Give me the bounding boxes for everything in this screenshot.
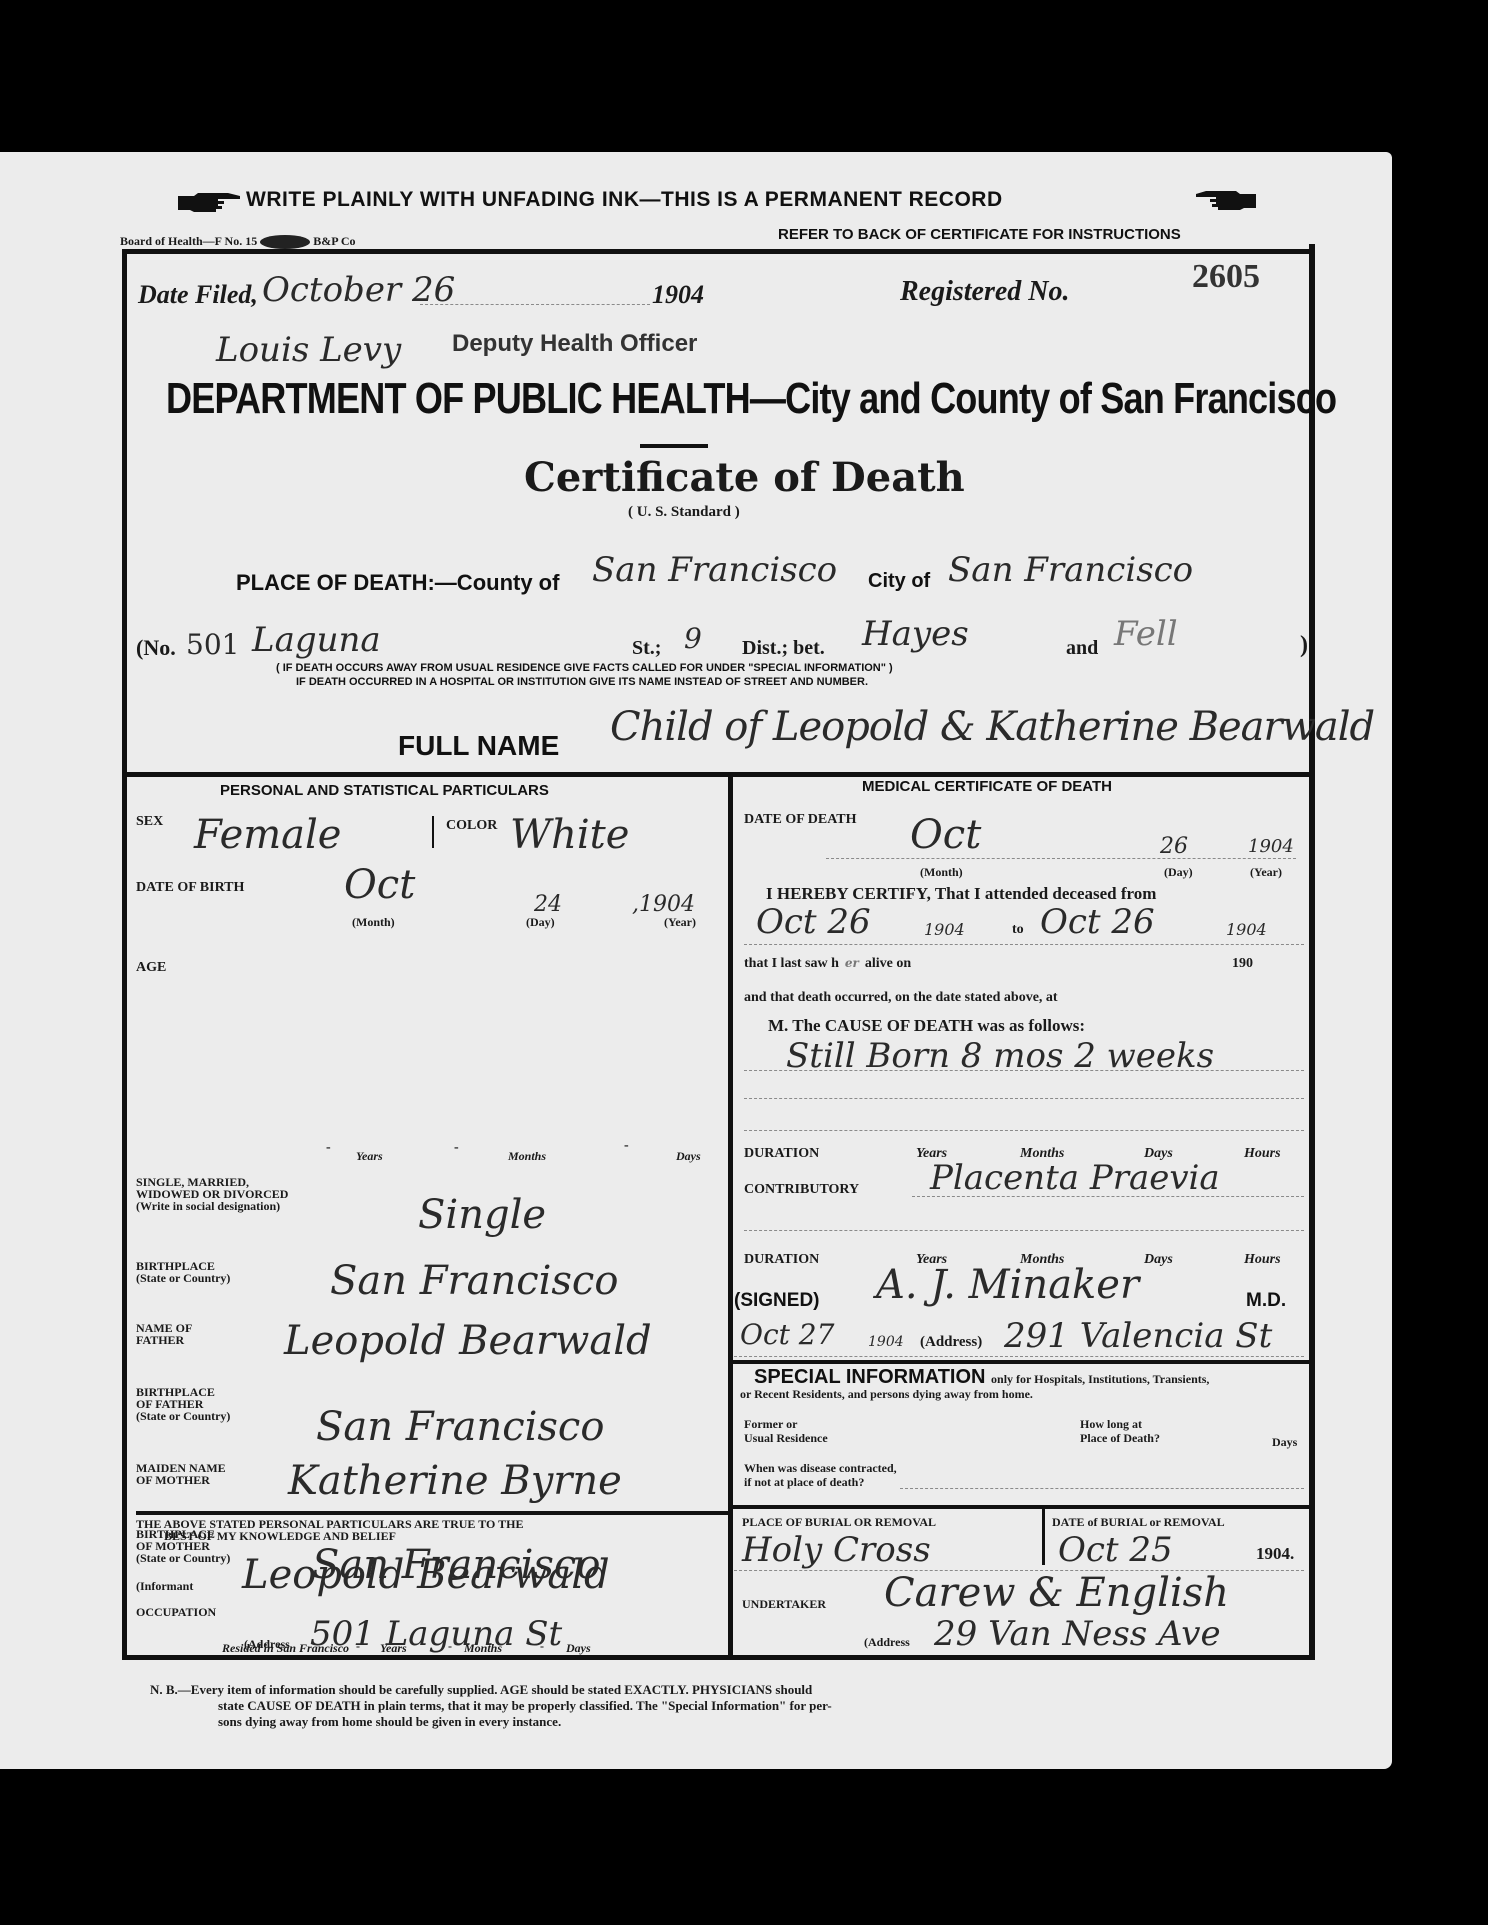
- marital-value: Single: [418, 1192, 546, 1238]
- date-filed-year: 1904: [652, 280, 704, 310]
- footnote-line-1: N. B.—Every item of information should b…: [150, 1682, 812, 1698]
- burial-divider: [733, 1505, 1311, 1509]
- burial-column-divider: [1042, 1505, 1045, 1565]
- section-rule: [122, 772, 1314, 777]
- full-name-value: Child of Leopold & Katherine Bearwald: [610, 704, 1374, 750]
- duration-label-1: DURATION: [744, 1146, 819, 1162]
- department-heading: DEPARTMENT OF PUBLIC HEALTH—City and Cou…: [166, 374, 1336, 424]
- attended-to-label: to: [1012, 922, 1024, 938]
- street-name-value: Laguna: [252, 620, 381, 660]
- between-street-1: Hayes: [862, 614, 969, 654]
- place-of-death-label: PLACE OF DEATH:—County of: [236, 570, 559, 596]
- district-value: 9: [684, 622, 702, 655]
- color-label: COLOR: [446, 818, 497, 834]
- dob-label: DATE OF BIRTH: [136, 880, 244, 896]
- burial-date-year: 1904.: [1256, 1544, 1294, 1564]
- signed-year: 1904: [868, 1334, 904, 1350]
- occupation-label: OCCUPATION: [136, 1606, 216, 1618]
- undertaker-label: UNDERTAKER: [742, 1598, 826, 1610]
- cause-of-death-label: M. The CAUSE OF DEATH was as follows:: [768, 1016, 1085, 1036]
- close-paren: ): [1300, 632, 1308, 659]
- certificate-title: Certificate of Death: [524, 454, 965, 501]
- age-days-value: -: [624, 1138, 629, 1154]
- sex-value: Female: [194, 812, 341, 858]
- informant-address-value: 501 Laguna St: [310, 1614, 562, 1654]
- resided-days-label: Days: [566, 1642, 591, 1654]
- frame-top: [122, 249, 1314, 254]
- burial-place-value: Holy Cross: [742, 1530, 931, 1570]
- date-filed-label: Date Filed,: [138, 280, 258, 310]
- street-number-label: (No.: [136, 635, 176, 661]
- age-months-value: -: [454, 1140, 459, 1156]
- burial-date-label: DATE of BURIAL or REMOVAL: [1052, 1516, 1225, 1528]
- how-long-label-2: Place of Death?: [1080, 1432, 1160, 1444]
- attended-from-value: Oct 26: [756, 902, 871, 942]
- attended-to-year: 1904: [1226, 920, 1267, 939]
- dob-year-caption: (Year): [664, 916, 696, 928]
- residence-note-1: ( IF DEATH OCCURS AWAY FROM USUAL RESIDE…: [276, 662, 893, 674]
- and-label: and: [1066, 637, 1098, 660]
- informant-statement-2: BEST OF MY KNOWLEDGE AND BELIEF: [164, 1530, 396, 1542]
- mother-birthplace-label-3: (State or Country): [136, 1552, 230, 1564]
- union-label-seal-icon: [260, 235, 310, 249]
- duration-hours-label-1: Hours: [1244, 1146, 1281, 1162]
- registered-number: 2605: [1192, 258, 1260, 296]
- father-label-2: FATHER: [136, 1334, 184, 1346]
- personal-heading: PERSONAL AND STATISTICAL PARTICULARS: [220, 782, 549, 799]
- dod-year-caption: (Year): [1250, 866, 1282, 878]
- full-name-label: FULL NAME: [398, 730, 559, 762]
- street-label: St.;: [632, 637, 661, 660]
- how-long-label-1: How long at: [1080, 1418, 1142, 1430]
- death-occurred-text: and that death occurred, on the date sta…: [744, 990, 1058, 1006]
- undertaker-value: Carew & English: [884, 1570, 1229, 1616]
- md-label: M.D.: [1246, 1290, 1286, 1312]
- age-days-label: Days: [676, 1150, 701, 1162]
- special-divider: [733, 1360, 1311, 1364]
- birthplace-value: San Francisco: [330, 1258, 618, 1304]
- duration-label-2: DURATION: [744, 1252, 819, 1268]
- burial-date-value: Oct 25: [1058, 1530, 1173, 1570]
- signed-date: Oct 27: [740, 1318, 834, 1351]
- birthplace-label-2: (State or Country): [136, 1272, 230, 1284]
- informant-value: Leopold Bearwald: [242, 1552, 610, 1598]
- between-street-2: Fell: [1114, 614, 1178, 654]
- instructions-note: REFER TO BACK OF CERTIFICATE FOR INSTRUC…: [778, 226, 1181, 243]
- date-of-death-month: Oct: [910, 812, 981, 858]
- street-number-value: 501: [186, 628, 239, 661]
- dob-day-caption: (Day): [526, 916, 555, 928]
- contributory-label: CONTRIBUTORY: [744, 1182, 859, 1198]
- special-heading-note-2: or Recent Residents, and persons dying a…: [740, 1388, 1033, 1400]
- color-value: White: [510, 812, 629, 858]
- undertaker-address-label: (Address: [864, 1636, 910, 1648]
- pointing-hand-right-icon: [1196, 190, 1256, 212]
- age-years-label: Years: [356, 1150, 383, 1162]
- special-heading: SPECIAL INFORMATION only for Hospitals, …: [754, 1366, 1209, 1389]
- dob-month-caption: (Month): [352, 916, 395, 928]
- contracted-label-1: When was disease contracted,: [744, 1462, 897, 1474]
- frame-left: [122, 249, 127, 1659]
- dob-year: ,1904: [632, 892, 695, 917]
- dod-day-caption: (Day): [1164, 866, 1193, 878]
- frame-bottom: [122, 1655, 1315, 1660]
- contracted-label-2: if not at place of death?: [744, 1476, 864, 1488]
- former-residence-label-1: Former or: [744, 1418, 797, 1430]
- banner-text: WRITE PLAINLY WITH UNFADING INK—THIS IS …: [246, 188, 1003, 212]
- former-residence-label-2: Usual Residence: [744, 1432, 828, 1444]
- how-long-days-label: Days: [1272, 1436, 1297, 1448]
- father-birthplace-value: San Francisco: [316, 1404, 604, 1450]
- sex-label: SEX: [136, 814, 163, 830]
- pointing-hand-left-icon: [178, 192, 242, 214]
- last-saw-text: that I last saw heralive on: [744, 956, 911, 972]
- burial-place-label: PLACE OF BURIAL OR REMOVAL: [742, 1516, 936, 1528]
- marital-label-3: (Write in social designation): [136, 1200, 280, 1212]
- column-divider: [728, 772, 733, 1659]
- registered-label: Registered No.: [900, 276, 1070, 308]
- mother-name-value: Katherine Byrne: [288, 1458, 622, 1504]
- footnote-line-2: state CAUSE OF DEATH in plain terms, tha…: [218, 1698, 832, 1714]
- certificate-standard: ( U. S. Standard ): [628, 504, 740, 521]
- physician-address-label: (Address): [920, 1334, 982, 1351]
- age-years-value: -: [326, 1140, 331, 1156]
- signed-label: (SIGNED): [734, 1290, 820, 1312]
- physician-address-value: 291 Valencia St: [1004, 1316, 1272, 1356]
- informant-divider: [136, 1511, 730, 1515]
- dob-day: 24: [534, 892, 562, 917]
- county-value: San Francisco: [592, 550, 837, 590]
- medical-heading: MEDICAL CERTIFICATE OF DEATH: [862, 778, 1112, 795]
- residence-note-2: IF DEATH OCCURRED IN A HOSPITAL OR INSTI…: [296, 676, 868, 688]
- undertaker-address-value: 29 Van Ness Ave: [934, 1614, 1221, 1654]
- district-label: Dist.; bet.: [742, 637, 825, 660]
- dob-month: Oct: [344, 862, 415, 908]
- informant-address-label: (Address: [244, 1638, 290, 1650]
- age-label: AGE: [136, 960, 166, 976]
- attended-to-value: Oct 26: [1040, 902, 1155, 942]
- father-name-value: Leopold Bearwald: [284, 1318, 652, 1364]
- footnote-line-3: sons dying away from home should be give…: [218, 1714, 561, 1730]
- form-number: Board of Health—F No. 15 B&P Co: [120, 234, 356, 249]
- city-label: City of: [868, 570, 930, 593]
- city-value: San Francisco: [948, 550, 1193, 590]
- heading-divider: [640, 444, 708, 448]
- certify-text: I HEREBY CERTIFY, That I attended deceas…: [766, 884, 1156, 904]
- officer-signature: Louis Levy: [216, 330, 401, 370]
- father-birthplace-label-3: (State or Country): [136, 1410, 230, 1422]
- duration-hours-label-2: Hours: [1244, 1252, 1281, 1268]
- dod-month-caption: (Month): [920, 866, 963, 878]
- alive-on-year: 190: [1232, 956, 1253, 972]
- date-of-death-year: 1904: [1248, 836, 1294, 857]
- informant-label: (Informant: [136, 1580, 193, 1592]
- officer-title: Deputy Health Officer: [452, 330, 697, 358]
- date-of-death-day: 26: [1160, 834, 1188, 859]
- date-of-death-label: DATE OF DEATH: [744, 812, 857, 828]
- contributory-value: Placenta Praevia: [930, 1158, 1220, 1198]
- physician-signature: A. J. Minaker: [876, 1262, 1139, 1308]
- frame-right: [1309, 244, 1315, 1659]
- age-months-label: Months: [508, 1150, 546, 1162]
- mother-label-2: OF MOTHER: [136, 1474, 210, 1486]
- duration-days-label-2: Days: [1144, 1252, 1173, 1268]
- last-saw-pronoun: er: [845, 956, 859, 970]
- attended-from-year: 1904: [924, 920, 965, 939]
